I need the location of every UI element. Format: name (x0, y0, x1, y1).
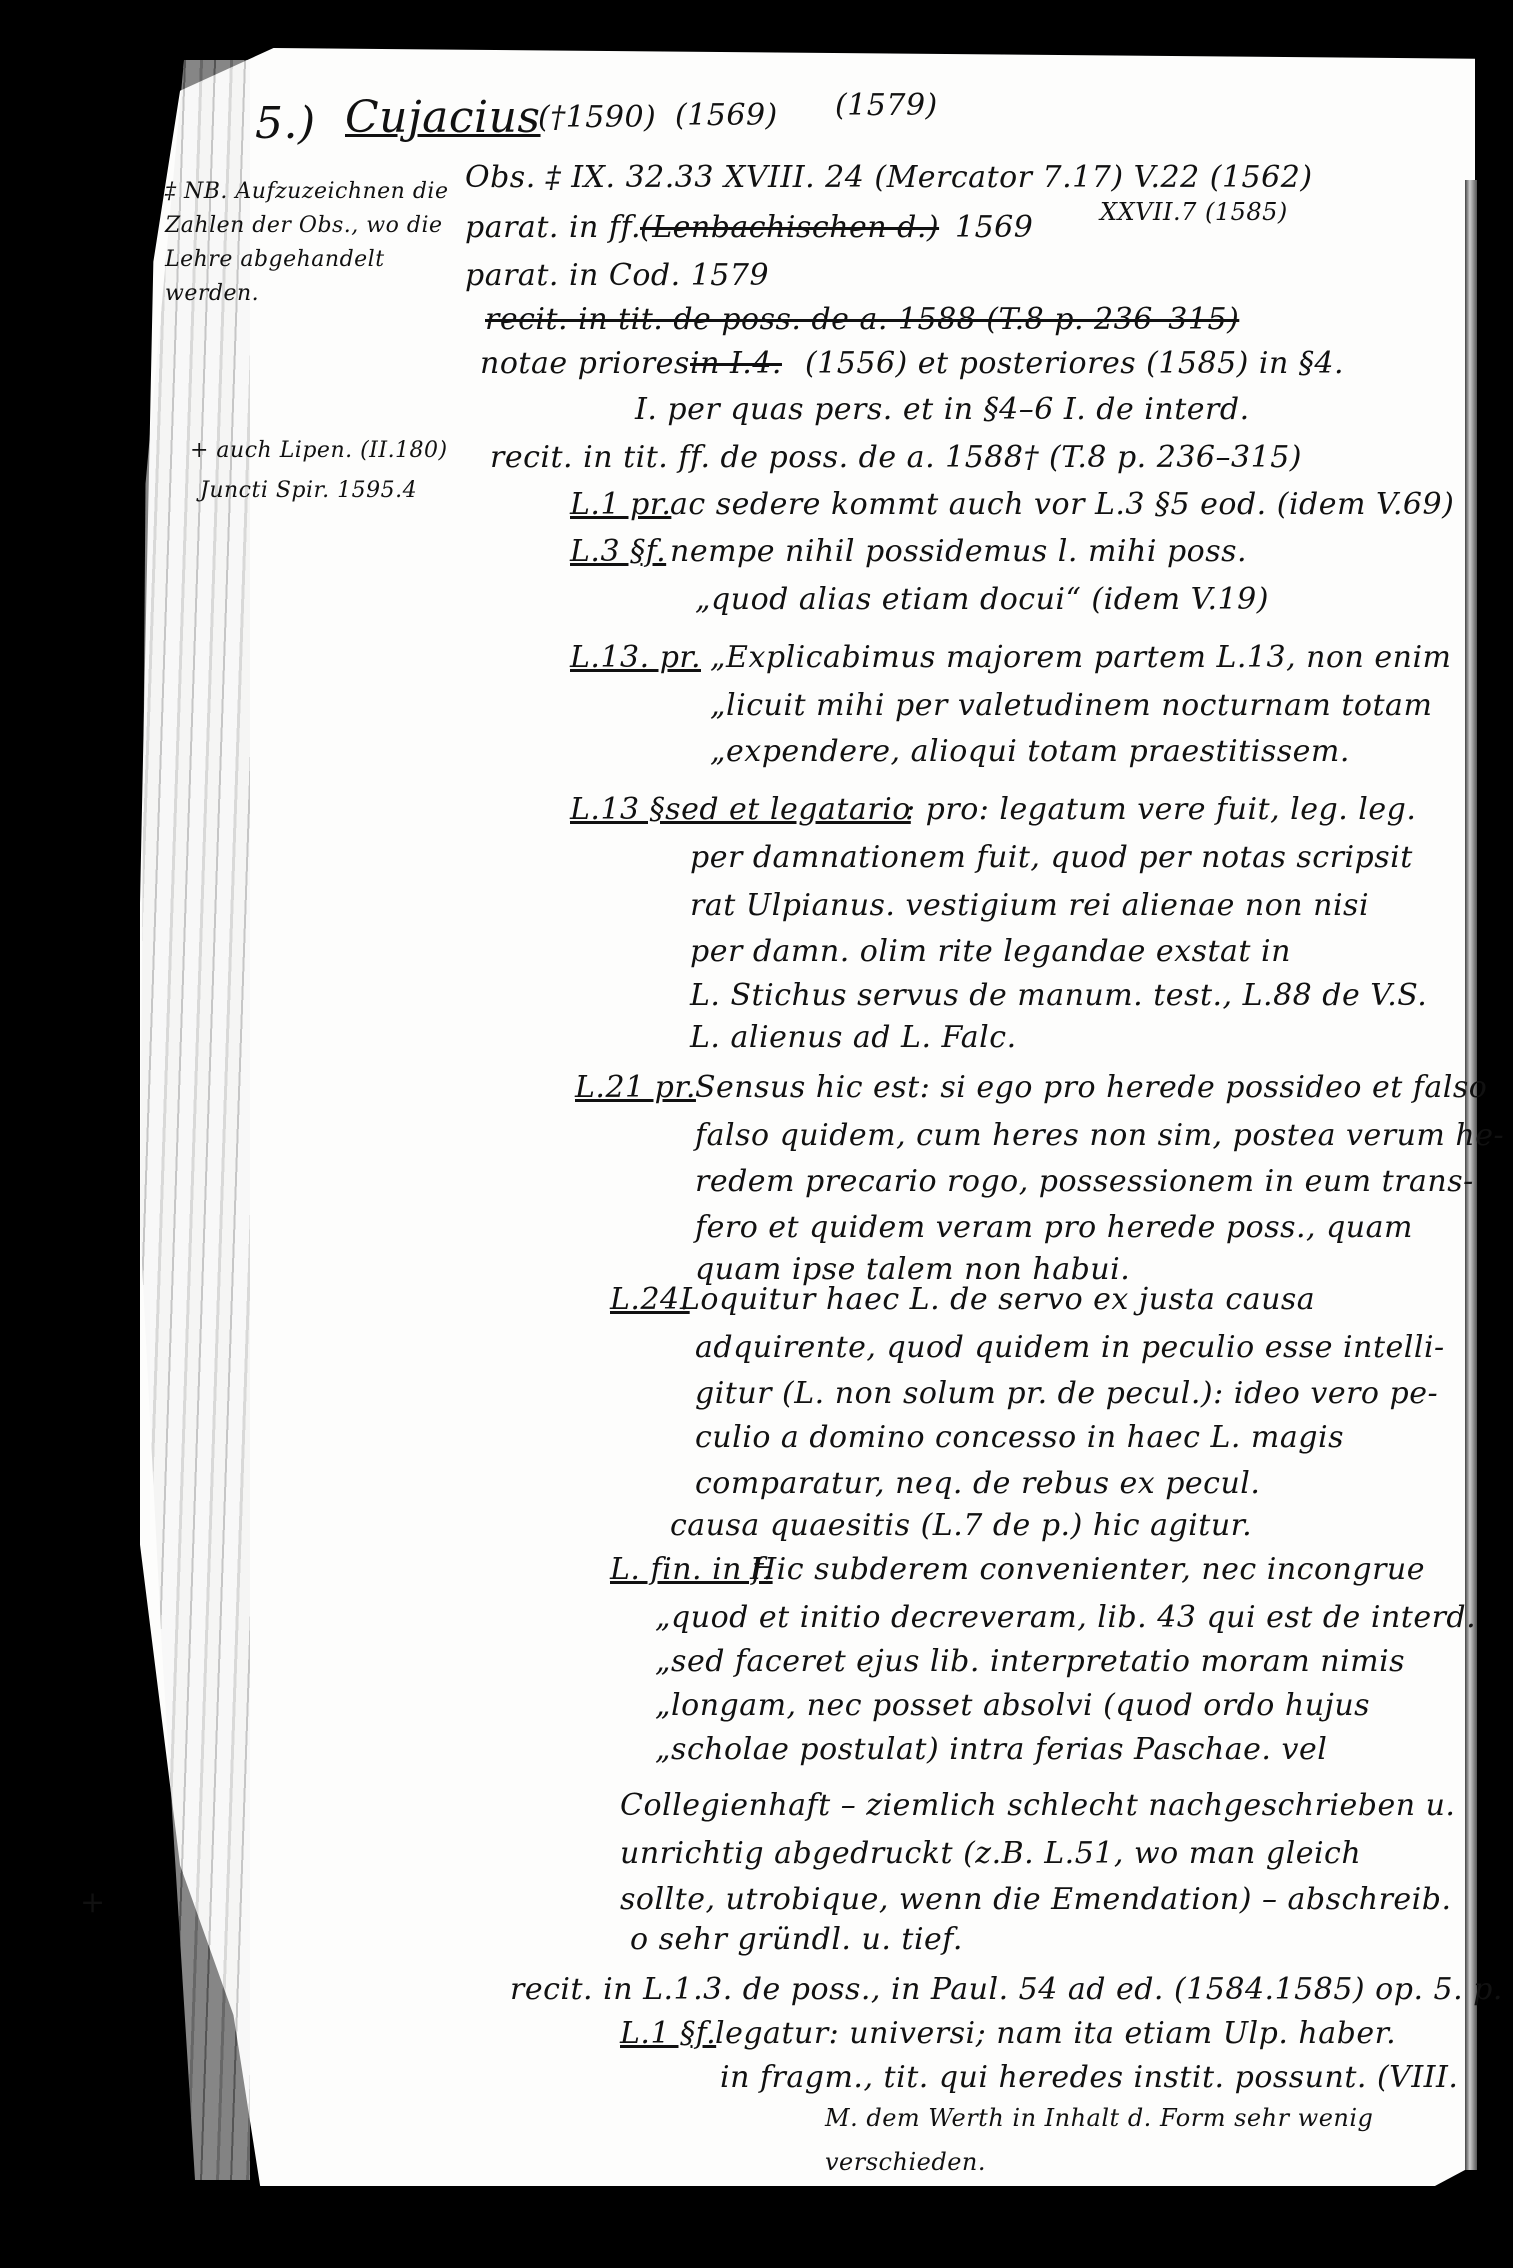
year-1569: (1569) (675, 98, 778, 133)
note-l13-1: „Explicabimus majorem partem L.13, non e… (710, 640, 1452, 675)
note-legatario-2: per damnationem fuit, quod per notas scr… (690, 840, 1413, 875)
note-legatario-6: L. alienus ad L. Falc. (690, 1020, 1017, 1055)
assessment-2: unrichtig abgedruckt (z.B. L.51, wo man … (620, 1836, 1361, 1871)
notae-struck: in I.4. (690, 346, 782, 381)
note-legatario-4: per damn. olim rite legandae exstat in (690, 934, 1291, 969)
note-l24-6: causa quaesitis (L.7 de p.) hic agitur. (670, 1508, 1252, 1543)
ref-l1f: L.1 §f. (620, 2016, 716, 2051)
parat-ff-line: parat. in ff. (465, 210, 641, 245)
ref-l21pr: L.21 pr. (575, 1070, 696, 1105)
parat-cod-line: parat. in Cod. 1579 (465, 258, 769, 293)
note-l24-3: gitur (L. non solum pr. de pecul.): ideo… (695, 1376, 1438, 1411)
note-legatario-1: : pro: legatum vere fuit, leg. leg. (905, 792, 1416, 827)
obs-line: Obs. ‡ IX. 32.33 XVIII. 24 (Mercator 7.1… (465, 160, 1313, 195)
obs-line-2: XXVII.7 (1585) (1100, 198, 1288, 226)
ref-lfin: L. fin. in f. (610, 1552, 773, 1587)
note-l21-1: Sensus hic est: si ego pro herede possid… (695, 1070, 1487, 1105)
note-l24-1: Loquitur haec L. de servo ex justa causa (680, 1282, 1315, 1317)
ref-l24: L.24. (610, 1282, 690, 1317)
parat-ff-struck: (Lenbachischen d.) (640, 210, 939, 245)
ref-l13pr: L.13. pr. (570, 640, 701, 675)
note-lfin-1: Hic subderem convenienter, nec incongrue (750, 1552, 1425, 1587)
note-l3-2: „quod alias etiam docui“ (idem V.19) (695, 582, 1269, 617)
assessment-1: Collegienhaft – ziemlich schlecht nachge… (620, 1788, 1455, 1823)
note-l13-2: „licuit mihi per valetudinem nocturnam t… (710, 688, 1432, 723)
notae-line-cont: (1556) et posteriores (1585) in §4. (805, 346, 1344, 381)
note-l1f-3: M. dem Werth in Inhalt d. Form sehr weni… (825, 2104, 1373, 2132)
note-l1f-1: legatur: universi; nam ita etiam Ulp. ha… (715, 2016, 1396, 2051)
note-lfin-4: „longam, nec posset absolvi (quod ordo h… (655, 1688, 1370, 1723)
author-death-year: (†1590) (538, 100, 656, 135)
parat-ff-year: 1569 (955, 210, 1033, 245)
margin-note-juncti: Juncti Spir. 1595.4 (200, 478, 417, 503)
ref-l1pr: L.1 pr. (570, 487, 671, 522)
note-l21-2: falso quidem, cum heres non sim, postea … (695, 1118, 1504, 1153)
note-l24-2: adquirente, quod quidem in peculio esse … (695, 1330, 1445, 1365)
note-l21-4: fero et quidem veram pro herede poss., q… (695, 1210, 1413, 1245)
note-l1f-4: verschieden. (825, 2148, 986, 2176)
note-l13-3: „expendere, alioqui totam praestitissem. (710, 734, 1350, 769)
torn-page-edge (140, 60, 250, 2180)
margin-note-nb: ‡ NB. Aufzuzeichnen die Zahlen der Obs.,… (165, 175, 465, 311)
note-l24-4: culio a domino concesso in haec L. magis (695, 1420, 1344, 1455)
recit-paul-line: recit. in L.1.3. de poss., in Paul. 54 a… (510, 1972, 1513, 2007)
ref-l3: L.3 §f. (570, 534, 666, 569)
note-lfin-2: „quod et initio decreveram, lib. 43 qui … (655, 1600, 1476, 1635)
notae-line-2: I. per quas pers. et in §4–6 I. de inter… (635, 392, 1250, 427)
note-legatario-5: L. Stichus servus de manum. test., L.88 … (690, 978, 1427, 1013)
ref-l13-legatario: L.13 §sed et legatario (570, 792, 911, 827)
note-l1f-2: in fragm., tit. qui heredes instit. poss… (720, 2060, 1458, 2095)
year-1579: (1579) (835, 88, 938, 123)
margin-note-lipen: + auch Lipen. (II.180) (190, 438, 448, 463)
note-l24-5: comparatur, neq. de rebus ex pecul. (695, 1466, 1260, 1501)
assessment-3: sollte, utrobique, wenn die Emendation) … (620, 1882, 1452, 1917)
note-l3: nempe nihil possidemus l. mihi poss. (670, 534, 1247, 569)
note-l21-3: redem precario rogo, possessionem in eum… (695, 1164, 1474, 1199)
recit-line: recit. in tit. ff. de poss. de a. 1588† … (490, 440, 1302, 475)
notae-line: notae priores (480, 346, 690, 381)
note-legatario-3: rat Ulpianus. vestigium rei alienae non … (690, 888, 1369, 923)
recit-struck-line: recit. in tit. de poss. de a. 1588 (T.8 … (485, 302, 1239, 337)
entry-number: 5.) (255, 98, 316, 149)
author-name: Cujacius (345, 92, 541, 143)
assessment-4: o sehr gründl. u. tief. (630, 1922, 963, 1957)
margin-cross-mark: + (80, 1885, 106, 1920)
note-lfin-5: „scholae postulat) intra ferias Paschae.… (655, 1732, 1327, 1767)
note-l1pr: ac sedere kommt auch vor L.3 §5 eod. (id… (670, 487, 1454, 522)
note-lfin-3: „sed faceret ejus lib. interpretatio mor… (655, 1644, 1405, 1679)
